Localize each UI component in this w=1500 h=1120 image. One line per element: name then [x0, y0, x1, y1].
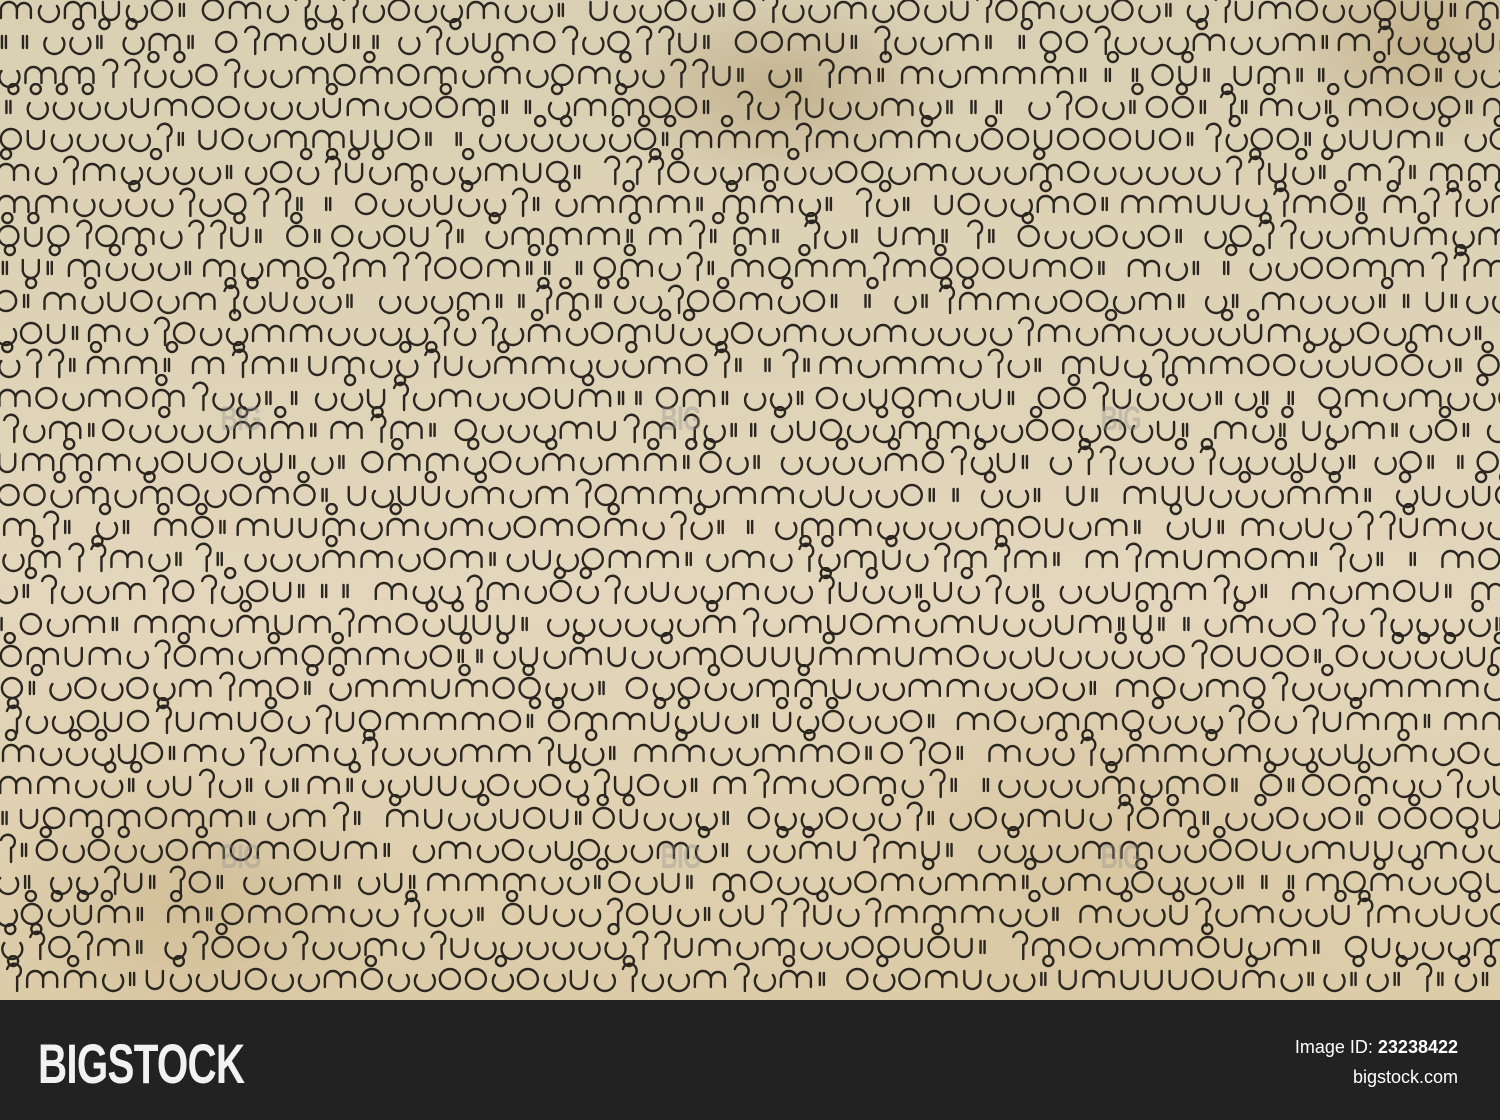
image-id: 23238422 [1378, 1037, 1458, 1057]
watermark: BIG [221, 838, 261, 877]
watermark: BIG [1101, 400, 1141, 439]
footer-bar: BIGSTOCK Image ID: 23238422 bigstock.com [0, 1000, 1500, 1120]
watermark: BIG [661, 400, 701, 439]
watermark: BIG [221, 400, 261, 439]
brand-logo: BIGSTOCK [38, 1036, 244, 1092]
script-line [0, 955, 1500, 995]
watermark: BIG [1101, 838, 1141, 877]
image-id-label: Image ID: [1295, 1037, 1373, 1057]
watermark: BIG [661, 838, 701, 877]
image-meta: Image ID: 23238422 bigstock.com [1295, 1032, 1458, 1092]
site-link[interactable]: bigstock.com [1295, 1062, 1458, 1092]
inscription-photo: BIG BIG BIG BIG BIG BIG [0, 0, 1500, 1000]
